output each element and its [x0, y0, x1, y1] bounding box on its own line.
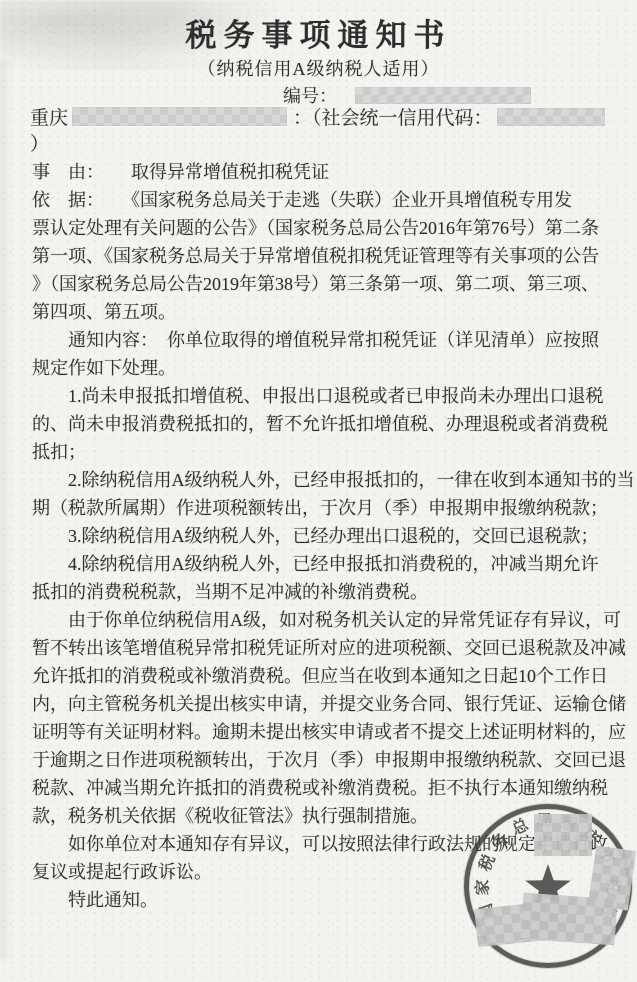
document-subtitle: （纳税信用A级纳税人适用）: [0, 55, 637, 81]
redacted-taxpayer-name: [72, 107, 287, 126]
scan-noise-left-edge: [0, 60, 14, 960]
body-line: 事 由： 取得异常增值税扣税凭证: [32, 158, 614, 186]
body-line: 于逾期之日作进项税额转出，于次月（季）申报期申报缴纳税款、交回已退: [32, 746, 614, 774]
body-line: 暂不转出该笔增值税异常扣税凭证所对应的进项税额、交回已退税款及冲减: [32, 634, 614, 662]
official-seal: 国家税务总局重庆市 税务局: [464, 804, 632, 968]
body-line: 通知内容： 你单位取得的增值税异常扣税凭证（详见清单）应按照: [32, 326, 614, 354]
body-line: 3.除纳税信用A级纳税人外，已经办理出口退税的，交回已退税款；: [32, 522, 614, 550]
redacted-credit-code: [497, 108, 605, 126]
body-line: 允许抵扣的消费税或补缴消费税。但应当在收到本通知之日起10个工作日: [32, 662, 614, 690]
recipient-row: 重庆 ：（社会统一信用代码：: [30, 103, 605, 130]
body-line: 抵扣；: [32, 438, 614, 466]
document-page: 税务事项通知书 （纳税信用A级纳税人适用） 编号： 重庆 ：（社会统一信用代码：…: [0, 0, 637, 982]
recipient-city-prefix: 重庆: [30, 103, 68, 130]
body-line: 证明等有关证明材料。逾期未提出核实申请或者不提交上述证明材料的，应: [32, 718, 614, 746]
body-line: 税款、冲减当期允许抵扣的消费税或补缴消费税。拒不执行本通知缴纳税: [32, 774, 614, 802]
body-line: 内，向主管税务机关提出核实申请，并提交业务合同、银行凭证、运输仓储: [32, 690, 614, 718]
body-line: 1.尚未申报抵扣增值税、申报出口退税或者已申报尚未办理出口退税: [32, 382, 614, 410]
redacted-seal-top: [534, 814, 592, 856]
body-line: 抵扣的消费税税款，当期不足冲减的补缴消费税。: [32, 578, 614, 606]
body-line: 依 据： 《国家税务总局关于走逃（失联）企业开具增值税专用发: [32, 186, 614, 214]
body-line: 第一项、《国家税务总局关于异常增值税扣税凭证管理等有关事项的公告: [32, 242, 614, 270]
body-line: 2.除纳税信用A级纳税人外，已经申报抵扣的，一律在收到本通知书的当: [32, 466, 614, 494]
body-line: 规定作如下处理。: [32, 354, 614, 382]
credit-code-label: ：（社会统一信用代码：: [293, 103, 493, 130]
body-line: 第四项、第五项。: [32, 298, 614, 326]
document-title: 税务事项通知书: [0, 10, 637, 55]
body-line: 4.除纳税信用A级纳税人外，已经申报抵扣消费税的，冲减当期允许: [32, 550, 614, 578]
body-line: 》（国家税务总局公告2019年第38号）第三条第一项、第二项、第三项、: [32, 270, 614, 298]
document-body: 事 由： 取得异常增值税扣税凭证依 据： 《国家税务总局关于走逃（失联）企业开具…: [32, 158, 614, 914]
redacted-seal-bottom-right: [521, 893, 618, 945]
recipient-close-paren: ）: [30, 129, 49, 156]
body-line: 票认定处理有关问题的公告》（国家税务总局公告2016年第76号）第二条: [32, 214, 614, 242]
body-line: 由于你单位纳税信用A级，如对税务机关认定的异常凭证存有异议，可: [32, 606, 614, 634]
body-line: 的、尚未申报消费税抵扣的，暂不允许抵扣增值税、办理退税或者消费税: [32, 410, 614, 438]
redacted-serial-number: [355, 87, 531, 104]
body-line: 期（税款所属期）作进项税额转出，于次月（季）申报期申报缴纳税款；: [32, 494, 614, 522]
